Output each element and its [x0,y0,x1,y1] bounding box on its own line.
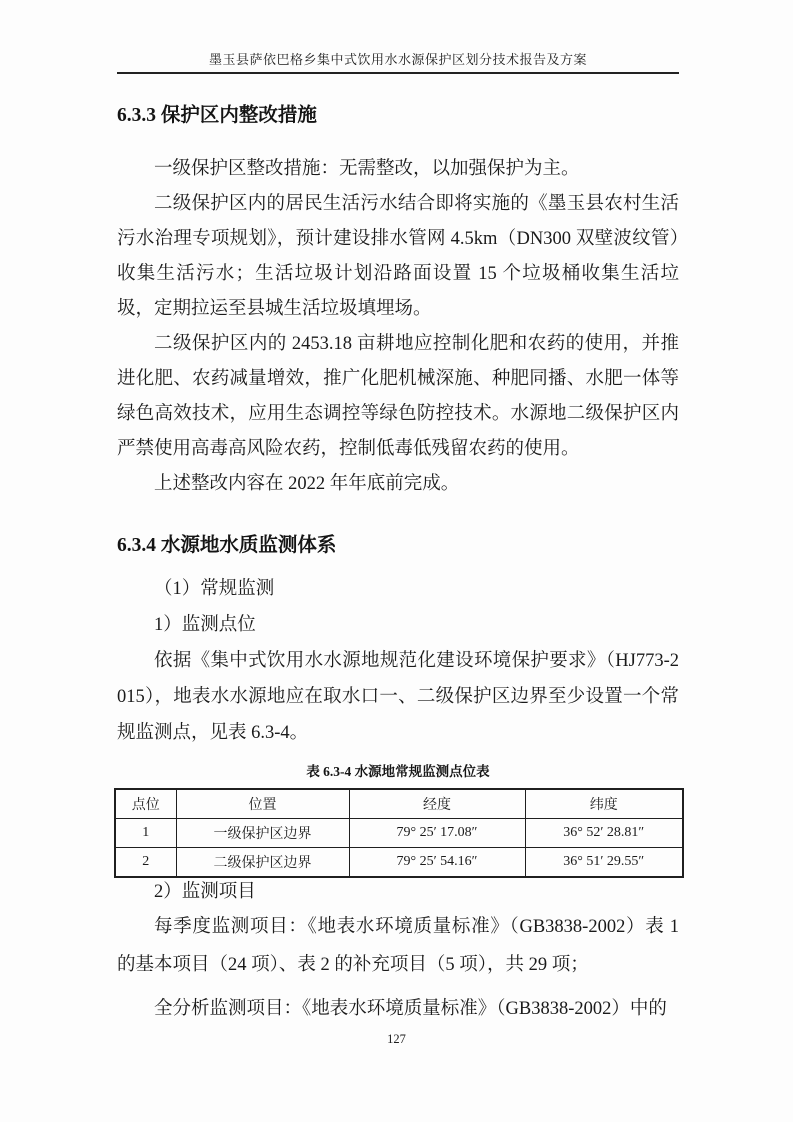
section-heading-6-3-3: 6.3.3 保护区内整改措施 [117,103,679,129]
paragraph-monitoring-basis: 依据《集中式饮用水水源地规范化建设环境保护要求》（HJ773-2015），地表水… [117,643,679,751]
column-header-location: 位置 [176,789,349,819]
table-cell-latitude: 36° 51′ 29.55″ [525,848,683,878]
paragraph-farmland-pesticide: 二级保护区内的 2453.18 亩耕地应控制化肥和农药的使用，并推进化肥、农药减… [117,327,679,467]
column-header-longitude: 经度 [349,789,525,819]
list-item-monitoring-items: 2）监测项目 [117,878,679,906]
list-item-regular-monitoring: （1）常规监测 [117,571,679,607]
document-page: 墨玉县萨依巴格乡集中式饮用水水源保护区划分技术报告及方案 6.3.3 保护区内整… [0,0,793,1122]
section-heading-6-3-4: 6.3.4 水源地水质监测体系 [117,533,679,559]
page-footer: 127 [0,1032,793,1047]
list-item-monitoring-points: 1）监测点位 [117,607,679,643]
paragraph-full-analysis-items: 全分析监测项目：《地表水环境质量标准》（GB3838-2002）中的 [117,990,679,1028]
page-content: 6.3.3 保护区内整改措施 一级保护区整改措施：无需整改，以加强保护为主。 二… [117,72,679,1028]
table-row: 2 二级保护区边界 79° 25′ 54.16″ 36° 51′ 29.55″ [115,848,683,878]
column-header-point-id: 点位 [115,789,176,819]
table-cell-latitude: 36° 52′ 28.81″ [525,819,683,848]
table-cell-point-id: 1 [115,819,176,848]
table-cell-longitude: 79° 25′ 17.08″ [349,819,525,848]
paragraph-sewage-garbage: 二级保护区内的居民生活污水结合即将实施的《墨玉县农村生活污水治理专项规划》，预计… [117,187,679,327]
page-number: 127 [387,1032,406,1046]
table-caption: 表 6.3-4 水源地常规监测点位表 [117,763,679,781]
table-cell-longitude: 79° 25′ 54.16″ [349,848,525,878]
page-header: 墨玉县萨依巴格乡集中式饮用水水源保护区划分技术报告及方案 [117,52,679,74]
table-cell-point-id: 2 [115,848,176,878]
paragraph-quarterly-items: 每季度监测项目：《地表水环境质量标准》（GB3838-2002）表 1 的基本项… [117,908,679,984]
table-cell-location: 二级保护区边界 [176,848,349,878]
column-header-latitude: 纬度 [525,789,683,819]
header-title: 墨玉县萨依巴格乡集中式饮用水水源保护区划分技术报告及方案 [209,52,587,67]
paragraph-first-zone-measures: 一级保护区整改措施：无需整改，以加强保护为主。 [117,152,679,187]
monitoring-points-table: 点位 位置 经度 纬度 1 一级保护区边界 79° 25′ 17.08″ 36°… [114,788,684,878]
table-row: 1 一级保护区边界 79° 25′ 17.08″ 36° 52′ 28.81″ [115,819,683,848]
table-cell-location: 一级保护区边界 [176,819,349,848]
table-header-row: 点位 位置 经度 纬度 [115,789,683,819]
paragraph-deadline: 上述整改内容在 2022 年年底前完成。 [117,467,679,502]
